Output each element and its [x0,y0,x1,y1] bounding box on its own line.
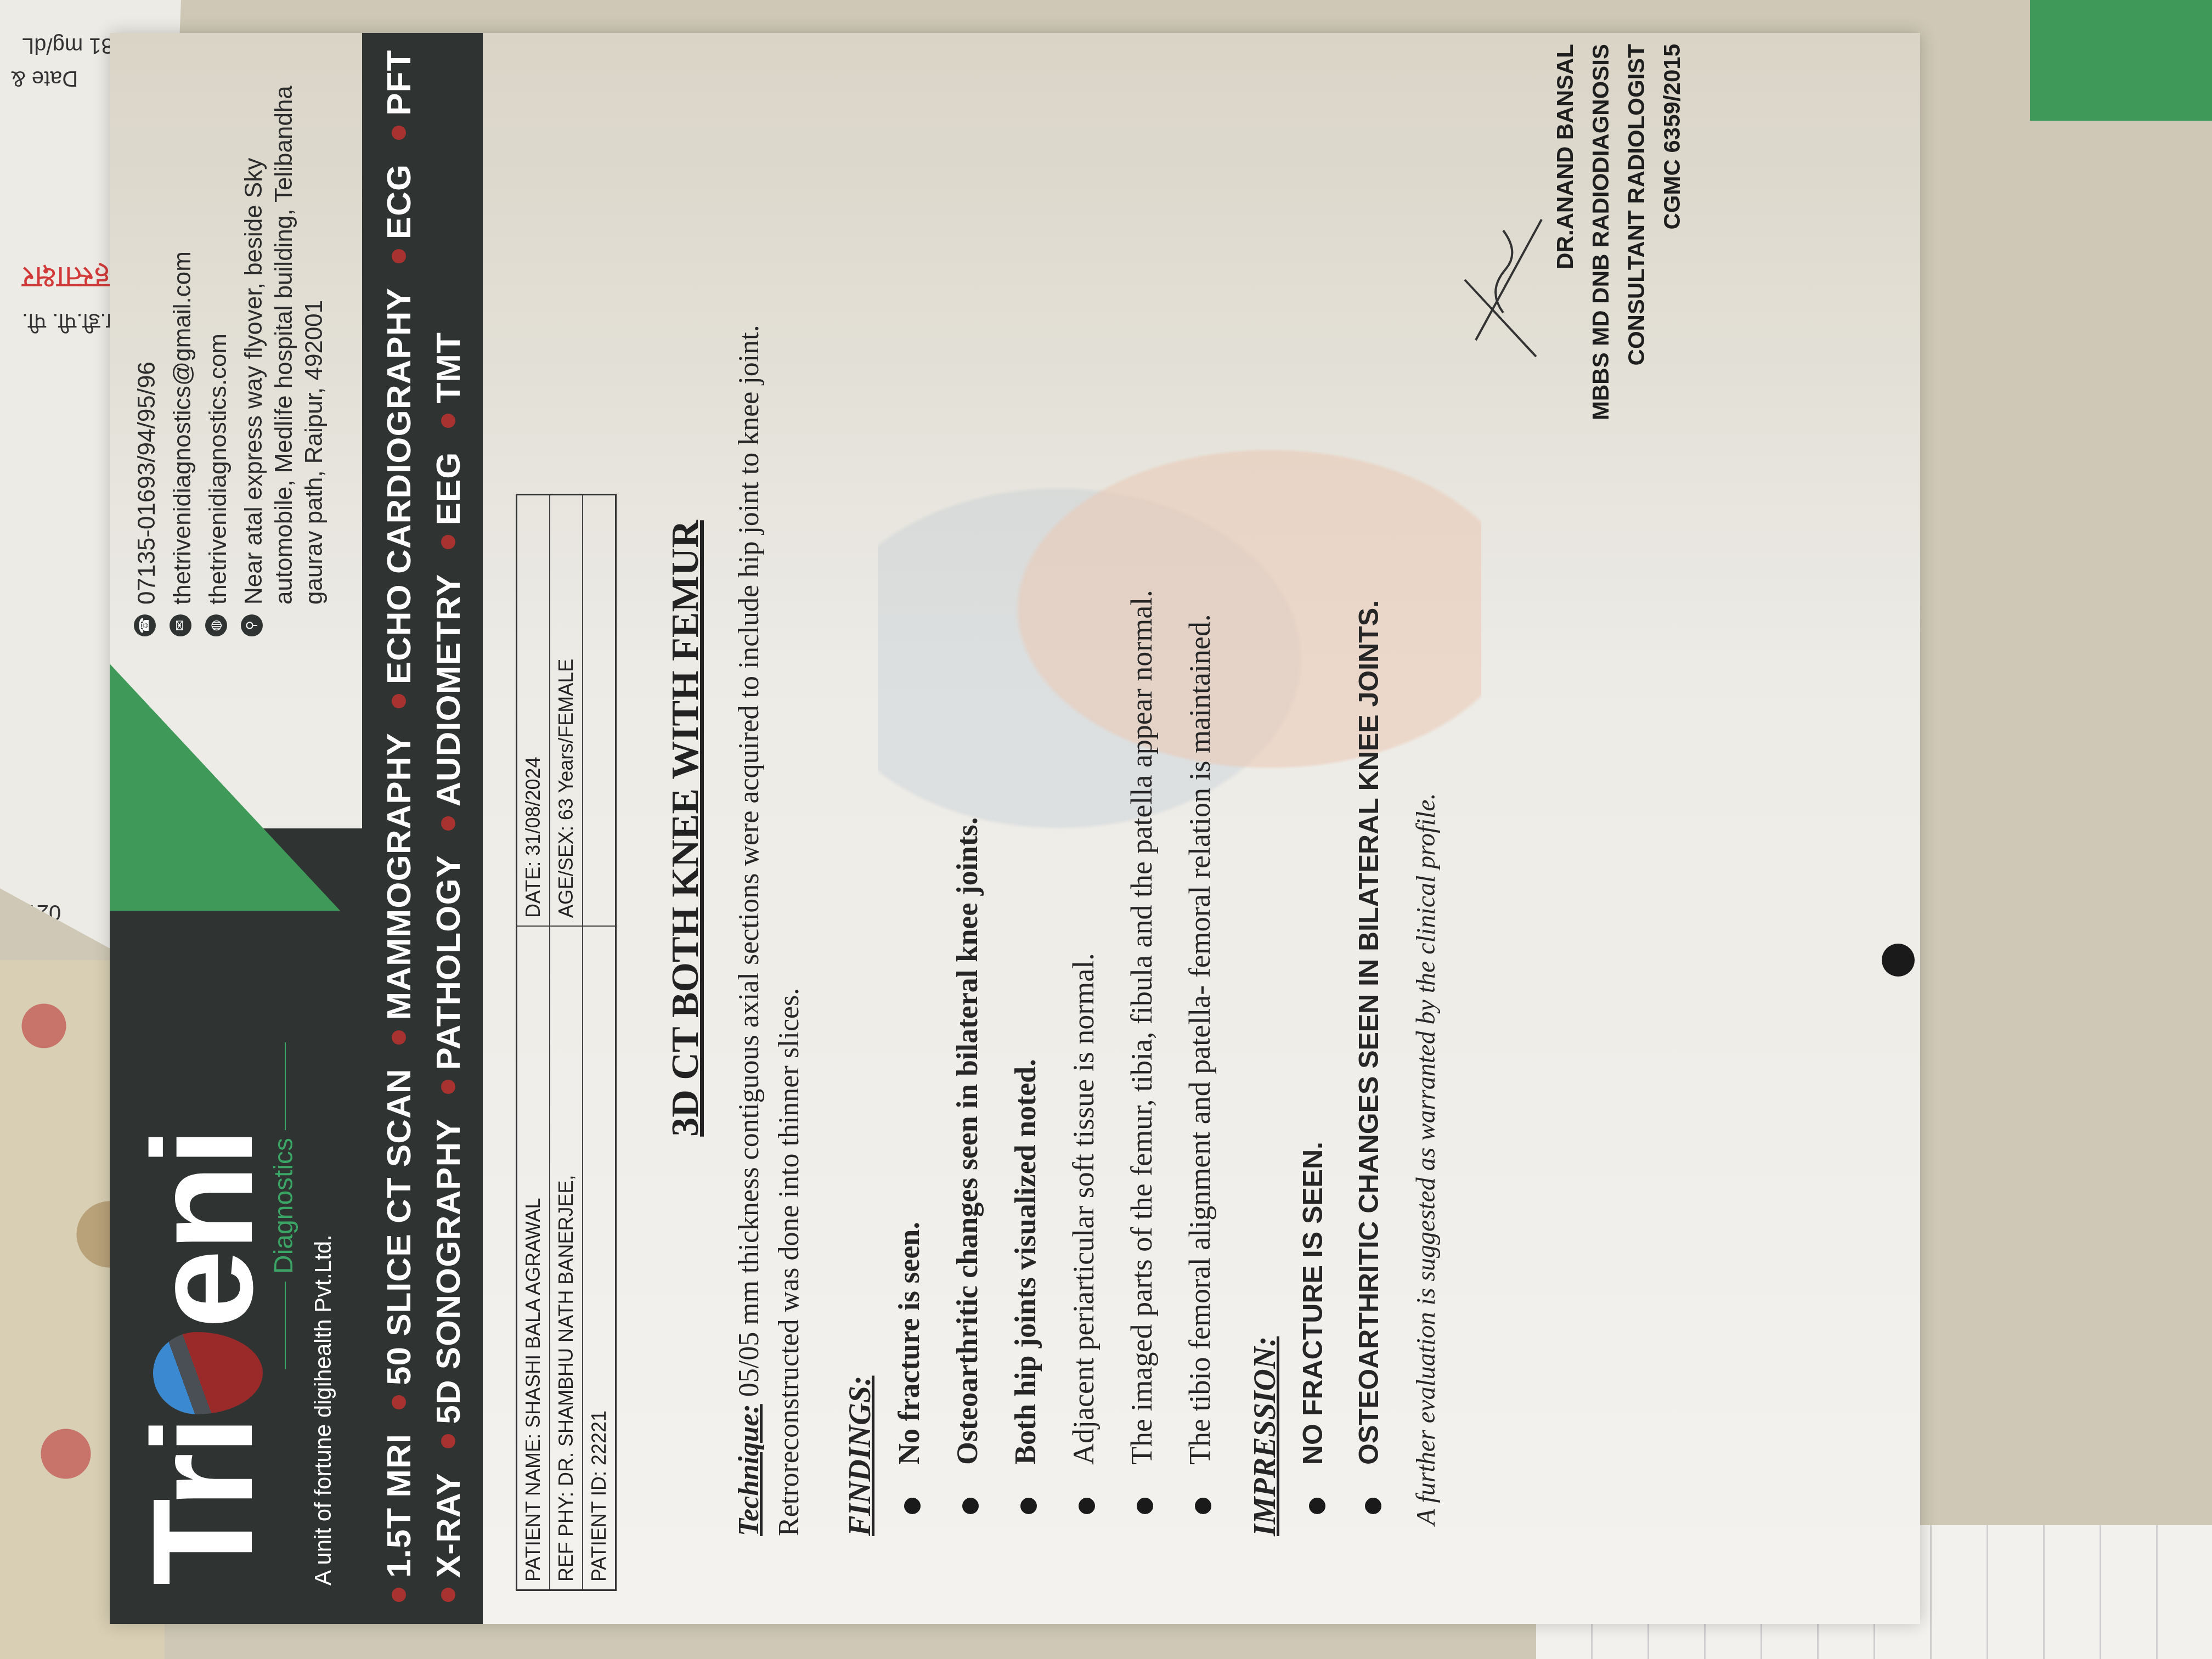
bullet-dot-icon [392,126,406,140]
punch-hole [1882,944,1915,977]
service-label: 5D SONOGRAPHY [429,1118,468,1424]
service-label: PFT [380,50,419,116]
clinical-note: A further evaluation is suggested as war… [1411,137,1441,1525]
back-paper-text: Date & [11,66,78,91]
service-label: 1.5T MRI [380,1434,419,1578]
patient-info-table: PATIENT NAME: SHASHI BALA AGRAWAL DATE: … [516,494,617,1591]
bullet-dot-icon [441,1588,455,1602]
contact-address: ⚲ Near atal express way flyover, beside … [239,55,329,636]
service-item: EEG [429,452,468,550]
address: Near atal express way flyover, beside Sk… [239,55,329,605]
service-label: EEG [429,452,468,526]
impression-heading: IMPRESSION: [1248,137,1283,1536]
phone-number: 07135-01693/94/95/96 [132,362,162,605]
impression-item: OSTEOARTHRITIC CHANGES SEEN IN BILATERAL… [1355,137,1383,1514]
bullet-dot-icon [392,1395,406,1409]
contact-block: ☎ 07135-01693/94/95/96 ✉ thetrivenidiagn… [132,55,335,636]
service-item: PATHOLOGY [429,855,468,1094]
letterhead-green-triangle [110,664,340,911]
finding-item: The tibio femoral alignment and patella-… [1185,137,1215,1514]
service-item: MAMMOGRAPHY [380,732,419,1044]
report-title: 3D CT BOTH KNEE WITH FEMUR [664,33,708,1624]
technique-paragraph: Technique: 05/05 mm thickness contiguous… [730,137,810,1536]
service-item: AUDIOMETRY [429,573,468,830]
contact-website: ◍ thetrivenidiagnostics.com [203,55,233,636]
referring-physician: REF PHY: DR. SHAMBHU NATH BANERJEE, [550,926,583,1590]
signature-scribble-icon [1454,198,1547,362]
brand-logo: Trieni [132,1129,274,1585]
bullet-dot-icon [392,1588,406,1602]
bullet-dot-icon [392,249,406,263]
service-item: 5D SONOGRAPHY [429,1118,468,1448]
finding-item: The imaged parts of the femur, tibia, fi… [1127,137,1156,1514]
report-date: DATE: 31/08/2024 [517,495,550,927]
brand-name-left: Tri [123,1418,283,1585]
services-row-1: 1.5T MRI50 SLICE CT SCANMAMMOGRAPHYECHO … [374,55,424,1602]
service-label: AUDIOMETRY [429,573,468,806]
service-label: TMT [429,332,468,403]
bullet-dot-icon [392,1030,406,1045]
bullet-dot-icon [441,414,455,428]
finding-item: Both hip joints visualized noted. [1011,137,1040,1514]
impression-list: NO FRACTURE IS SEEN.OSTEOARTHRITIC CHANG… [1299,137,1383,1514]
radiologist-registration: CGMC 6359/2015 [1654,44,1690,461]
contact-phone: ☎ 07135-01693/94/95/96 [132,55,162,636]
service-label: PATHOLOGY [429,855,468,1070]
findings-list: No fracture is seen.Osteoarthritic chang… [894,137,1215,1514]
findings-heading: FINDINGS: [843,137,878,1536]
technique-label: Technique: [733,1404,765,1536]
bullet-dot-icon [392,694,406,708]
green-folder-corner [2030,0,2212,121]
phone-icon: ☎ [134,614,156,636]
service-item: PFT [380,50,419,140]
bullet-dot-icon [441,1434,455,1448]
service-label: ECG [380,164,419,239]
service-item: X-RAY [429,1472,468,1602]
service-label: MAMMOGRAPHY [380,732,419,1020]
email-address: thetrivenidiagnostics@gmail.com [167,251,198,605]
bullet-dot-icon [441,535,455,549]
brand-name-right: eni [123,1129,283,1329]
radiologist-name: DR.ANAND BANSAL [1547,44,1583,461]
technique-text: 05/05 mm thickness contiguous axial sect… [733,325,805,1536]
service-item: TMT [429,332,468,427]
report-sheet-rotated: Trieni Diagnostics A unit of fortune dig… [110,33,1920,1624]
service-label: X-RAY [429,1472,468,1578]
radiologist-signature-block: DR.ANAND BANSAL MBBS MD DNB RADIODIAGNOS… [1547,44,1690,461]
age-sex: AGE/SEX: 63 Years/FEMALE [550,495,583,927]
bullet-dot-icon [441,816,455,831]
droplet-logo-icon [153,1332,263,1414]
radiologist-title: CONSULTANT RADIOLOGIST [1618,44,1654,461]
location-pin-icon: ⚲ [241,614,263,636]
website: thetrivenidiagnostics.com [203,334,233,605]
contact-email: ✉ thetrivenidiagnostics@gmail.com [167,55,198,636]
brand-unit-line: A unit of fortune digihealth Pvt.Ltd. [310,1234,336,1585]
services-strip: 1.5T MRI50 SLICE CT SCANMAMMOGRAPHYECHO … [362,33,483,1624]
finding-item: Osteoarthritic changes seen in bilateral… [952,137,982,1514]
letterhead: Trieni Diagnostics A unit of fortune dig… [110,33,483,1624]
brand-subtitle: Diagnostics [269,1035,299,1377]
service-item: 1.5T MRI [380,1434,419,1602]
finding-item: No fracture is seen. [894,137,924,1514]
service-item: ECG [380,164,419,263]
patient-name: PATIENT NAME: SHASHI BALA AGRAWAL [517,926,550,1590]
service-label: ECHO CARDIOGRAPHY [380,287,419,684]
empty-cell [583,495,616,927]
impression-item: NO FRACTURE IS SEEN. [1299,137,1327,1514]
service-item: ECHO CARDIOGRAPHY [380,287,419,708]
radiologist-degrees: MBBS MD DNB RADIODIAGNOSIS [1583,44,1618,461]
globe-icon: ◍ [205,614,227,636]
services-row-2: X-RAY5D SONOGRAPHYPATHOLOGYAUDIOMETRYEEG… [424,55,473,1602]
finding-item: Adjacent periarticular soft tissue is no… [1069,137,1098,1514]
bullet-dot-icon [441,1080,455,1094]
service-item: 50 SLICE CT SCAN [380,1069,419,1410]
report-sheet: Trieni Diagnostics A unit of fortune dig… [110,33,1920,1624]
back-paper-number: 02766 [0,900,61,924]
patient-id: PATIENT ID: 22221 [583,926,616,1590]
report-body: Technique: 05/05 mm thickness contiguous… [730,137,1441,1536]
service-label: 50 SLICE CT SCAN [380,1069,419,1386]
email-icon: ✉ [170,614,191,636]
